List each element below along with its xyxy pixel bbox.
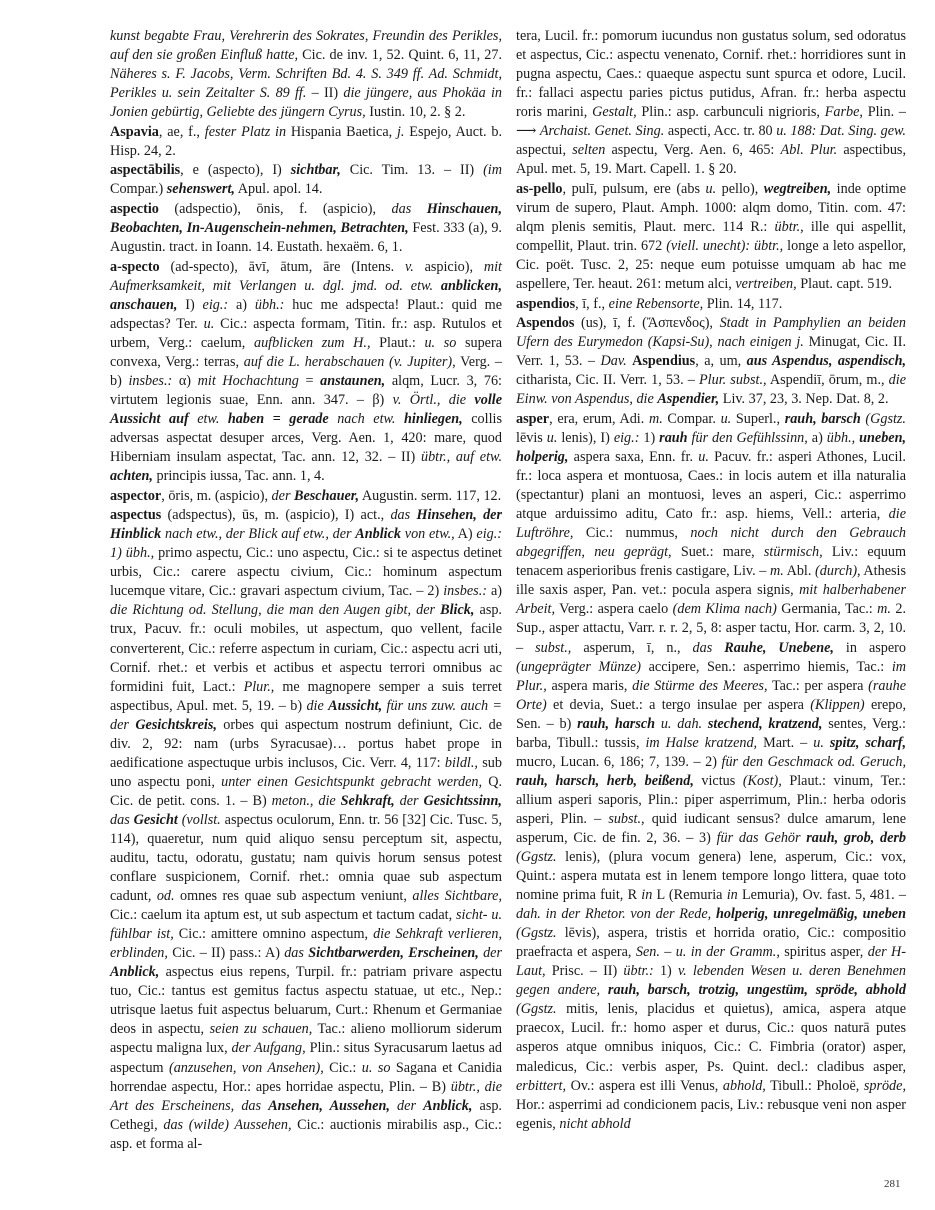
entry-text: aspera maris, xyxy=(547,678,632,694)
entry-text: Compar. xyxy=(663,411,721,427)
italic-gloss: Plur., xyxy=(244,679,275,695)
italic-gloss: u. xyxy=(721,411,732,427)
entry-text: , ī, f., xyxy=(575,296,609,312)
italic-gloss: eig.: xyxy=(614,430,640,446)
entry-text: aspecti, Acc. tr. 80 xyxy=(664,123,776,139)
italic-gloss: nach etw. xyxy=(329,411,404,427)
entry-text: Cic. – II) pass.: A) xyxy=(168,945,284,961)
entry-text: Plaut. capt. 519. xyxy=(797,276,892,292)
bold-italic-translation: rauh, grob, derb xyxy=(806,830,906,846)
dictionary-entry-aspectus-cont: tera, Lucil. fr.: pomorum iucundus non g… xyxy=(516,27,906,179)
entry-text: pello), xyxy=(716,181,764,197)
entry-text: , ōris, m. (aspicio), xyxy=(161,488,271,504)
entry-text: Prisc. – II) xyxy=(546,963,624,979)
italic-gloss: (dem Klima nach) xyxy=(673,601,777,617)
dictionary-entry-aspendios: aspendios, ī, f., eine Rebensorte, Plin.… xyxy=(516,295,906,314)
headword: Aspendos xyxy=(516,315,574,331)
italic-gloss: übtr.: xyxy=(623,963,653,979)
headword: aspectus xyxy=(110,507,161,523)
entry-text: spiritus asper, xyxy=(780,944,868,960)
entry-text: Cic.: nummus, xyxy=(573,525,690,541)
entry-text: Superl., xyxy=(731,411,784,427)
italic-gloss: im Halse kratzend, xyxy=(645,735,757,751)
entry-text: Aspendiī, ōrum, m., xyxy=(767,372,889,388)
italic-gloss: der xyxy=(395,793,424,809)
bold-italic-translation: Blick, xyxy=(440,602,474,618)
italic-gloss: m. xyxy=(770,563,784,579)
entry-text: Verg.: aspera caelo xyxy=(555,601,673,617)
bold-italic-translation: Rauhe, Unebene, xyxy=(724,640,834,656)
entry-text: Plaut.: xyxy=(371,335,425,351)
entry-text: Hispania Baetica, xyxy=(286,124,397,140)
entry-text: Liv. 37, 23, 3. Nep. Dat. 8, 2. xyxy=(719,391,888,407)
dictionary-entry-aspasia-cont: kunst begabte Frau, Verehrerin des Sokra… xyxy=(110,27,502,122)
dictionary-entry-a-specto: a-specto (ad-specto), āvī, ātum, āre (In… xyxy=(110,258,502,487)
dictionary-page: kunst begabte Frau, Verehrerin des Sokra… xyxy=(0,0,935,1210)
italic-gloss: stürmisch, xyxy=(764,544,823,560)
italic-gloss: übh., xyxy=(827,430,859,446)
bold-italic-translation: sichtbar, xyxy=(291,162,341,178)
italic-gloss: u. so xyxy=(362,1060,391,1076)
italic-gloss: u. xyxy=(813,735,830,751)
italic-gloss: übtr., xyxy=(775,219,804,235)
bold-italic-translation: achten, xyxy=(110,468,153,484)
italic-gloss: selten xyxy=(572,142,605,158)
entry-text: , a, um, xyxy=(695,353,746,369)
italic-gloss: u. so xyxy=(424,335,456,351)
italic-gloss: Sen. – u. in der Gramm., xyxy=(636,944,780,960)
entry-text: a) xyxy=(487,583,502,599)
italic-gloss: Farbe, xyxy=(825,104,863,120)
entry-text: Cic.: caelum ita aptum est, ut sub aspec… xyxy=(110,907,456,923)
italic-gloss: eig.: xyxy=(203,297,229,313)
italic-gloss: die Richtung od. Stellung, die man den A… xyxy=(110,602,440,618)
italic-gloss: unter einen Gesichtspunkt gebracht werde… xyxy=(221,774,482,790)
headword: aspectābilis xyxy=(110,162,180,178)
entry-text: Mart. – xyxy=(757,735,813,751)
italic-gloss: die xyxy=(306,698,328,714)
italic-gloss: v. xyxy=(405,259,414,275)
italic-gloss: u. xyxy=(547,430,558,446)
bold-italic-translation: Gesicht xyxy=(134,812,178,828)
bold-italic-translation: Aussicht, xyxy=(328,698,382,714)
italic-gloss: (ungeprägter Münze) xyxy=(516,659,641,675)
italic-gloss: das xyxy=(392,201,427,217)
italic-gloss: abhold, xyxy=(723,1078,766,1094)
entry-text: a) xyxy=(228,297,255,313)
entry-text: α) xyxy=(172,373,197,389)
entry-text: in aspero xyxy=(834,640,906,656)
bold-italic-translation: hinliegen, xyxy=(404,411,463,427)
entry-text: lenis), I) xyxy=(557,430,613,446)
entry-text: lēvis xyxy=(516,430,547,446)
entry-text: aspicio), xyxy=(414,259,484,275)
entry-text: mitis, lenis, placidus et quietus), amic… xyxy=(516,1001,906,1074)
italic-gloss: Plur. subst., xyxy=(699,372,767,388)
dictionary-entry-aspectabilis: aspectābilis, e (aspecto), I) sichtbar, … xyxy=(110,161,502,199)
italic-gloss: Abl. Plur. xyxy=(781,142,838,158)
headword: Aspavia xyxy=(110,124,159,140)
entry-text: et devia, Suet.: a tergo insulae per asp… xyxy=(547,697,811,713)
italic-gloss: v. Örtl., die xyxy=(393,392,475,408)
headword: a-specto xyxy=(110,259,160,275)
entry-text: Tac.: per aspera xyxy=(768,678,869,694)
bold-italic-translation: Gesichtssinn, xyxy=(424,793,502,809)
headword: as-pello xyxy=(516,181,563,197)
entry-text: , e (aspecto), I) xyxy=(180,162,291,178)
dictionary-entry-aspavia: Aspavia, ae, f., fester Platz in Hispani… xyxy=(110,123,502,161)
italic-gloss: übtr., auf etw. xyxy=(421,449,502,465)
right-column: tera, Lucil. fr.: pomorum iucundus non g… xyxy=(516,27,906,1134)
bold-italic-translation: rauh, barsch xyxy=(785,411,861,427)
bold-italic-translation: stechend, kratzend, xyxy=(708,716,823,732)
entry-text: omnes res quae sub aspectum veniunt, xyxy=(175,888,413,904)
italic-gloss: auf die L. herabschauen (v. Jupiter), xyxy=(244,354,456,370)
italic-gloss: od. xyxy=(157,888,175,904)
bold-italic-translation: rauh, harsch, herb, beißend, xyxy=(516,773,694,789)
bold-italic-translation: sehenswert, xyxy=(167,181,235,197)
bold-italic-translation: Sehkraft, xyxy=(341,793,395,809)
italic-gloss: u. xyxy=(698,449,709,465)
entry-text: (adspectus), ūs, m. (aspicio), I) act., xyxy=(161,507,390,523)
dictionary-entry-aspector: aspector, ōris, m. (aspicio), der Bescha… xyxy=(110,487,502,506)
bold-italic-translation: Anblick xyxy=(355,526,401,542)
entry-text: Cic.: xyxy=(324,1060,362,1076)
headword: aspectio xyxy=(110,201,159,217)
entry-text: , era, erum, Adi. xyxy=(549,411,649,427)
italic-gloss: die Stürme des Meeres, xyxy=(632,678,767,694)
entry-text: 1) xyxy=(654,963,678,979)
bold-italic-translation: aus Aspendus, aspendisch, xyxy=(747,353,906,369)
entry-text: Lemuria), Ov. fast. 5, 481. – xyxy=(738,887,906,903)
italic-gloss: das xyxy=(390,507,416,523)
italic-gloss: etw. xyxy=(189,411,228,427)
entry-text: Augustin. serm. 117, 12. xyxy=(359,488,501,504)
italic-gloss: seien zu schauen, xyxy=(210,1021,313,1037)
entry-text: a) xyxy=(808,430,827,446)
bold-italic-translation: spitz, scharf, xyxy=(830,735,906,751)
italic-gloss: nach etw., der Blick auf etw., der xyxy=(161,526,355,542)
entry-text: L (Remuria xyxy=(652,887,726,903)
entry-text: Germania, Tac.: xyxy=(777,601,877,617)
entry-text: = xyxy=(299,373,320,389)
italic-gloss: (Ggstz. xyxy=(516,925,557,941)
entry-text: , pulī, pulsum, ere (abs xyxy=(563,181,706,197)
headword: aspendios xyxy=(516,296,575,312)
bold-italic-translation: Anblick, xyxy=(110,964,159,980)
italic-gloss: (anzusehen, von Ansehen), xyxy=(169,1060,324,1076)
italic-gloss: das (wilde) Aussehen, xyxy=(163,1117,291,1133)
entry-text: (ad-specto), āvī, ātum, āre (Intens. xyxy=(160,259,405,275)
entry-text: aspectu, Verg. Aen. 6, 465: xyxy=(605,142,780,158)
bold-italic-translation: Anblick, xyxy=(423,1098,472,1114)
italic-gloss: (viell. unecht): übtr., xyxy=(666,238,783,254)
bold-italic-translation: Gesichtskreis, xyxy=(135,717,217,733)
entry-text: (us), ī, f. (Ἄσπενδος), xyxy=(574,315,719,331)
italic-gloss: mit Hochachtung xyxy=(198,373,299,389)
italic-gloss: der xyxy=(272,488,294,504)
entry-text: Apul. apol. 14. xyxy=(235,181,323,197)
page-number: 281 xyxy=(884,1178,901,1190)
entry-text: Plin.: asp. carbunculi nigrioris, xyxy=(637,104,825,120)
italic-gloss: für den Gefühlssinn, xyxy=(688,430,808,446)
italic-gloss: Archaist. Genet. Sing. xyxy=(540,123,664,139)
headword: asper xyxy=(516,411,549,427)
bold-italic-translation: Aspendier, xyxy=(657,391,719,407)
entry-text: Cic.: amittere omnino aspectum, xyxy=(174,926,373,942)
bold-italic-translation: rauh, harsch xyxy=(577,716,655,732)
italic-gloss: u. xyxy=(705,181,716,197)
bold-italic-translation: holperig, unregelmäßig, uneben xyxy=(716,906,906,922)
italic-gloss: Gestalt, xyxy=(592,104,637,120)
entry-text: victus xyxy=(694,773,743,789)
bold-italic-translation: Ansehen, Aussehen, xyxy=(268,1098,390,1114)
italic-gloss: u. xyxy=(204,316,215,332)
italic-gloss: der xyxy=(390,1098,423,1114)
italic-gloss: bildl., xyxy=(445,755,478,771)
italic-gloss: spröde, xyxy=(864,1078,906,1094)
entry-text: asperum, ī, n., xyxy=(571,640,692,656)
bold-italic-translation: rauh xyxy=(659,430,687,446)
bold-italic-translation: Beschauer, xyxy=(294,488,359,504)
italic-gloss: u. dah. xyxy=(655,716,708,732)
italic-gloss: der xyxy=(479,945,502,961)
left-column: kunst begabte Frau, Verehrerin des Sokra… xyxy=(110,27,502,1154)
italic-gloss: in xyxy=(727,887,738,903)
italic-gloss: nicht abhold xyxy=(559,1116,630,1132)
italic-gloss: (Klippen) xyxy=(810,697,864,713)
bold-italic-translation: anstaunen, xyxy=(320,373,385,389)
entry-text: Tibull.: Pholoë, xyxy=(766,1078,864,1094)
dictionary-entry-as-pello: as-pello, pulī, pulsum, ere (abs u. pell… xyxy=(516,180,906,294)
italic-gloss: das xyxy=(110,812,134,828)
italic-gloss: erbittert, xyxy=(516,1078,566,1094)
italic-gloss: für das Gehör xyxy=(717,830,807,846)
italic-gloss: insbes.: xyxy=(443,583,487,599)
entry-text: Compar.) xyxy=(110,181,167,197)
entry-text: Suet.: mare, xyxy=(672,544,764,560)
italic-gloss: fester Platz in xyxy=(205,124,286,140)
dictionary-entry-asper: asper, era, erum, Adi. m. Compar. u. Sup… xyxy=(516,410,906,1134)
italic-gloss: (Ggstz. xyxy=(861,411,906,427)
italic-gloss: übh.: xyxy=(255,297,285,313)
italic-gloss: subst., xyxy=(608,811,644,827)
italic-gloss: eine Rebensorte, xyxy=(609,296,704,312)
italic-gloss: m. xyxy=(877,601,891,617)
italic-gloss: alles Sichtbare, xyxy=(412,888,502,904)
italic-gloss: dah. in der Rhetor. von der Rede, xyxy=(516,906,716,922)
dictionary-entry-aspectio: aspectio (adspectio), ōnis, f. (aspicio)… xyxy=(110,200,502,257)
italic-gloss: (Kost), xyxy=(743,773,782,789)
entry-text: A) xyxy=(455,526,477,542)
entry-text: I) xyxy=(177,297,202,313)
italic-gloss: subst., xyxy=(535,640,571,656)
italic-gloss: (durch), xyxy=(815,563,861,579)
italic-gloss: der Aufgang, xyxy=(232,1040,306,1056)
entry-text: accipere, Sen.: asperrimo hiemis, Tac.: xyxy=(641,659,892,675)
italic-gloss: insbes.: xyxy=(128,373,172,389)
entry-text: aspectui, xyxy=(516,142,572,158)
entry-text: aspera saxa, Enn. fr. xyxy=(568,449,698,465)
italic-gloss: von etw., xyxy=(401,526,455,542)
entry-text: mucro, Lucan. 6, 186; 7, 139. – 2) xyxy=(516,754,722,770)
entry-text: Ov.: aspera est illi Venus, xyxy=(566,1078,723,1094)
entry-text: , ae, f., xyxy=(159,124,205,140)
bold-italic-translation: haben = gerade xyxy=(228,411,329,427)
dictionary-entry-aspectus: aspectus (adspectus), ūs, m. (aspicio), … xyxy=(110,506,502,1154)
italic-gloss: u. 188: Dat. Sing. gew. xyxy=(776,123,906,139)
entry-text: Iustin. 10, 2. § 2. xyxy=(366,104,466,120)
headword: Aspendius xyxy=(632,353,695,369)
italic-gloss: Dav. xyxy=(600,353,626,369)
entry-text: (adspectio), ōnis, f. (aspicio), xyxy=(159,201,392,217)
italic-gloss: (vollst. xyxy=(178,812,221,828)
italic-gloss: aufblicken zum H., xyxy=(254,335,371,351)
entry-text: Plin. 14, 117. xyxy=(703,296,782,312)
italic-gloss: m. xyxy=(649,411,663,427)
italic-gloss: für den Geschmack od. Geruch, xyxy=(722,754,907,770)
bold-italic-translation: rauh, barsch, trotzig, ungestüm, spröde,… xyxy=(608,982,906,998)
italic-gloss: das xyxy=(284,945,308,961)
entry-text: citharista, Cic. II. Verr. 1, 53. – xyxy=(516,372,699,388)
italic-gloss: (im xyxy=(483,162,502,178)
entry-text: principis iussa, Tac. ann. 1, 4. xyxy=(153,468,325,484)
italic-gloss: vertreiben, xyxy=(735,276,796,292)
dictionary-entry-aspendos: Aspendos (us), ī, f. (Ἄσπενδος), Stadt i… xyxy=(516,314,906,409)
italic-gloss: das xyxy=(693,640,725,656)
entry-text: Cic. de inv. 1, 52. Quint. 6, 11, 27. xyxy=(298,47,502,63)
italic-gloss: in xyxy=(641,887,652,903)
entry-text: Cic. Tim. 13. – II) xyxy=(341,162,483,178)
italic-gloss: (Ggstz. xyxy=(516,849,557,865)
entry-text: – II) xyxy=(306,85,343,101)
entry-text: 1) xyxy=(639,430,659,446)
italic-gloss: meton., die xyxy=(272,793,341,809)
headword: aspector xyxy=(110,488,161,504)
entry-text: Abl. xyxy=(784,563,815,579)
bold-italic-translation: wegtreiben, xyxy=(764,181,831,197)
bold-italic-translation: Sichtbarwerden, Erscheinen, xyxy=(308,945,479,961)
italic-gloss: (Ggstz. xyxy=(516,1001,557,1017)
